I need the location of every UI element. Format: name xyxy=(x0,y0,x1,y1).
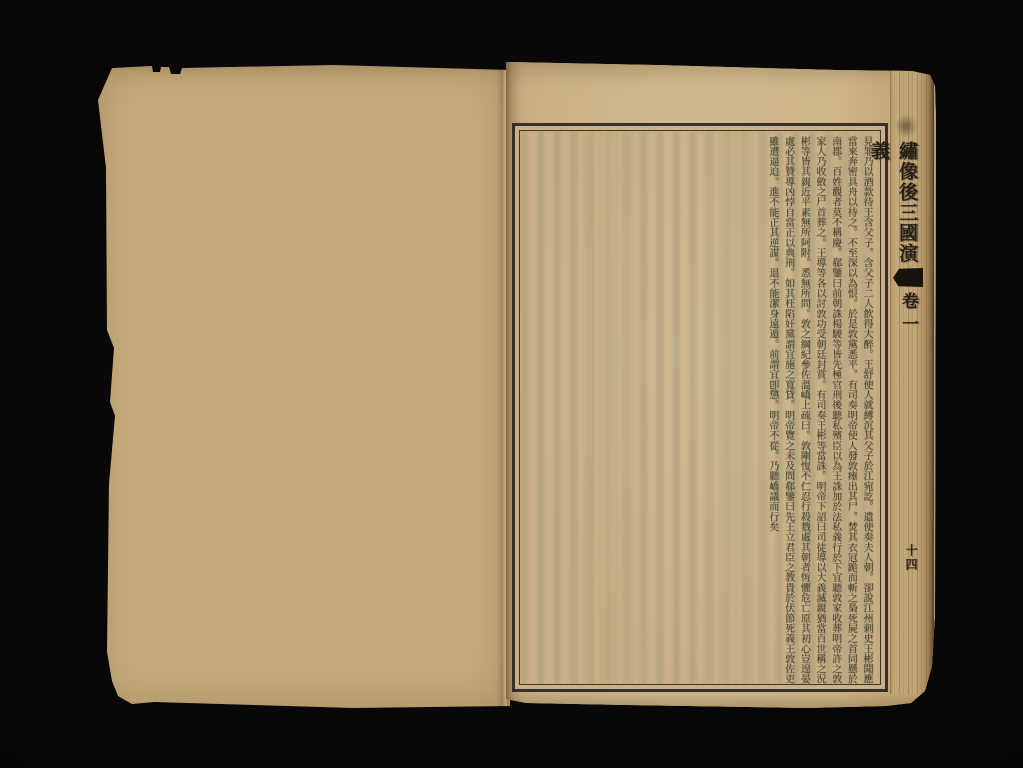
fore-edge-title: 繡像後三國演義 xyxy=(893,141,921,283)
photo-backdrop: 見罪乃以酒款待王含父子。含父子二人飲得大醉。王舒使人就縛沉其父子於江宛訖。遣使奏… xyxy=(0,0,1023,768)
text-frame-inner-border: 見罪乃以酒款待王含父子。含父子二人飲得大醉。王舒使人就縛沉其父子於江宛訖。遣使奏… xyxy=(519,130,881,685)
text-column-7: 雖遭逼迫。進不能正其逆謀。退不能潔身遠遁。前謂宜卽懲。明帝不從。乃聽嶠議而行矣 xyxy=(764,136,780,685)
edge-smudge xyxy=(895,114,917,138)
right-page: 見罪乃以酒款待王含父子。含父子二人飲得大醉。王舒使人就縛沉其父子於江宛訖。遣使奏… xyxy=(506,58,936,712)
text-column-1: 見罪乃以酒款待王含父子。含父子二人飲得大醉。王舒使人就縛沉其父子於江宛訖。遣使奏… xyxy=(858,136,874,685)
text-columns: 見罪乃以酒款待王含父子。含父子二人飲得大醉。王舒使人就縛沉其父子於江宛訖。遣使奏… xyxy=(764,136,874,685)
text-column-6: 處必其贊導凶悖自當正以典刑。如其枉陷奸黨謂宜施之寬貸。明帝覽之未及問郗鑒曰先王立… xyxy=(780,136,796,685)
volume-label: 卷一 xyxy=(895,292,921,360)
text-column-5: 彬等皆其親近平素無所阿附。悉無所問。敦之綱紀參佐溫嶠上疏曰。敦剛愎不仁忍行殺戮處… xyxy=(795,136,811,685)
text-frame-border: 見罪乃以酒款待王含父子。含父子二人飲得大醉。王舒使人就縛沉其父子於江宛訖。遣使奏… xyxy=(512,123,888,692)
page-number: 十四 xyxy=(900,544,920,588)
text-column-2: 當來奔密具舟以待之。不至深以為恨。於是敦黨悉平。有司奏明帝使人發敦瘞出其尸。焚其… xyxy=(843,136,859,685)
text-column-4: 家人乃收斂之尸首葬之。王導等各以討敦功受朝廷封賞。有司奏王彬等當誅。明帝下詔曰司… xyxy=(811,136,827,685)
fore-edge-strip: 繡像後三國演義 卷一 十四 xyxy=(890,68,934,694)
left-page xyxy=(94,60,510,708)
text-column-3: 南郡。百姓觀者莫不稱慶。郗鑒曰前朝誅楊駿等皆先極官刑後聽私殯臣以為王誅加於法私義… xyxy=(827,136,843,685)
